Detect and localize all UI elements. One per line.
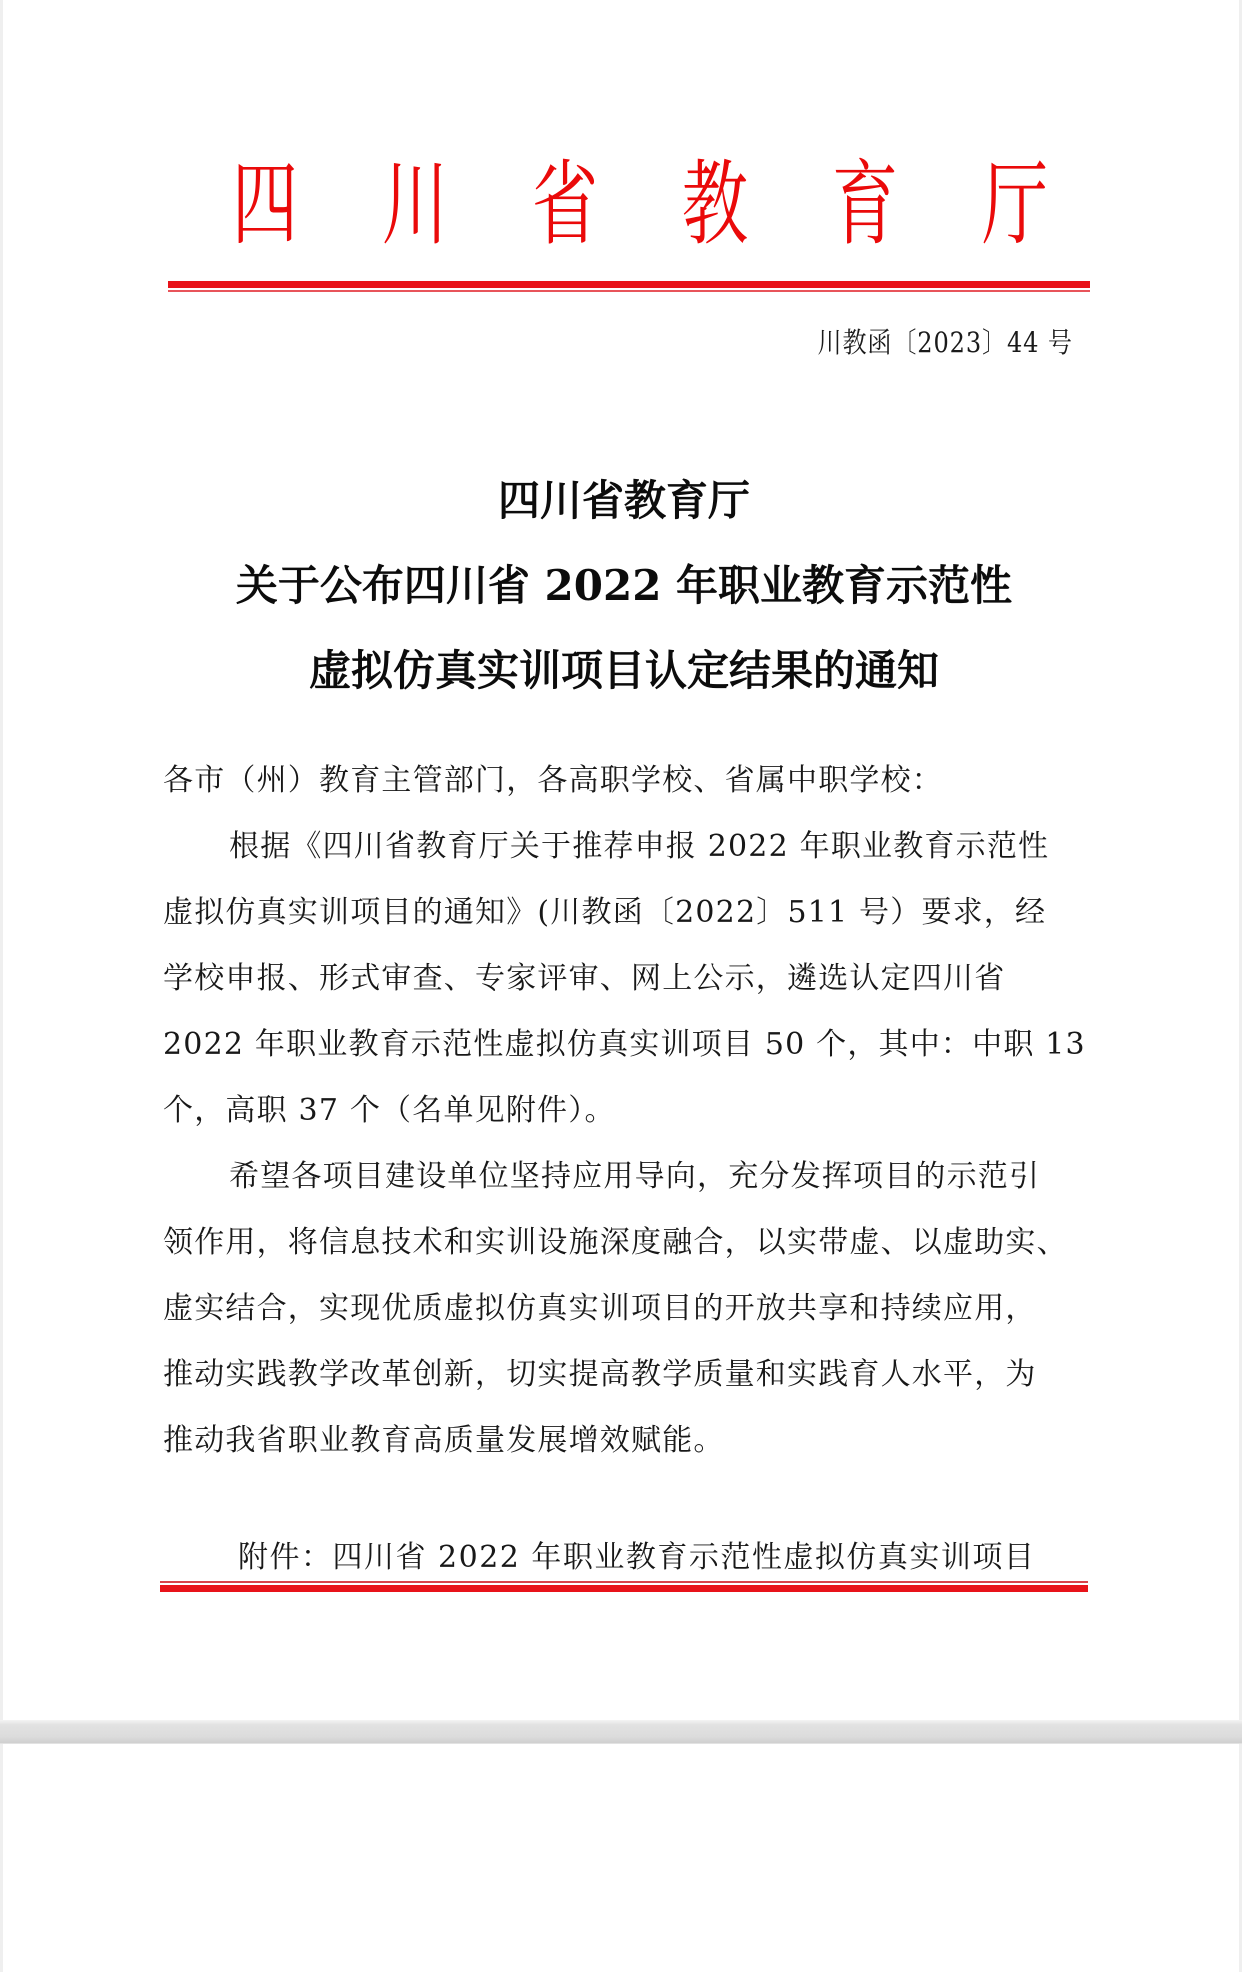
- masthead-char: 教: [661, 150, 769, 260]
- footer-red-rule: [160, 1580, 1088, 1593]
- title-line-1: 四川省教育厅: [3, 458, 1242, 543]
- paragraph-line: 2022 年职业教育示范性虚拟仿真实训项目 50 个，其中：中职 13: [163, 1012, 1083, 1078]
- paragraph-line: 虚实结合，实现优质虚拟仿真实训项目的开放共享和持续应用，: [163, 1276, 1083, 1342]
- document-page-2: [0, 1744, 1242, 1972]
- salutation: 各市（州）教育主管部门，各高职学校、省属中职学校：: [163, 748, 1083, 814]
- paragraph-line: 个，高职 37 个（名单见附件）。: [163, 1078, 1083, 1144]
- masthead-char: 川: [361, 150, 469, 260]
- document-number: 川教函〔2023〕44 号: [818, 323, 1073, 363]
- paragraph-line: 希望各项目建设单位坚持应用导向，充分发挥项目的示范引: [163, 1144, 1083, 1210]
- paragraph-line: 学校申报、形式审查、专家评审、网上公示，遴选认定四川省: [163, 946, 1083, 1012]
- masthead-char: 厅: [961, 150, 1069, 260]
- red-rule-thin: [160, 1581, 1088, 1583]
- masthead-char: 四: [211, 150, 319, 260]
- masthead-char: 省: [511, 150, 619, 260]
- masthead-char: 育: [811, 150, 919, 260]
- paragraph-line: 虚拟仿真实训项目的通知》(川教函〔2022〕511 号）要求，经: [163, 880, 1083, 946]
- red-rule-thick: [168, 281, 1090, 288]
- document-body: 各市（州）教育主管部门，各高职学校、省属中职学校： 根据《四川省教育厅关于推荐申…: [163, 748, 1083, 1474]
- paragraph-2: 希望各项目建设单位坚持应用导向，充分发挥项目的示范引 领作用，将信息技术和实训设…: [163, 1144, 1083, 1474]
- masthead-title: 四 川 省 教 育 厅: [190, 150, 1090, 260]
- document-title: 四川省教育厅 关于公布四川省 2022 年职业教育示范性 虚拟仿真实训项目认定结…: [3, 458, 1242, 713]
- attachment-title: 附件：四川省 2022 年职业教育示范性虚拟仿真实训项目: [238, 1537, 1035, 1579]
- paragraph-line: 推动我省职业教育高质量发展增效赋能。: [163, 1408, 1083, 1474]
- paragraph-line: 根据《四川省教育厅关于推荐申报 2022 年职业教育示范性: [163, 814, 1083, 880]
- paragraph-line: 推动实践教学改革创新，切实提高教学质量和实践育人水平，为: [163, 1342, 1083, 1408]
- paragraph-line: 领作用，将信息技术和实训设施深度融合，以实带虚、以虚助实、: [163, 1210, 1083, 1276]
- document-page-1: 四 川 省 教 育 厅 川教函〔2023〕44 号 四川省教育厅 关于公布四川省…: [0, 0, 1242, 1720]
- title-line-3: 虚拟仿真实训项目认定结果的通知: [3, 628, 1242, 713]
- page-separator: [0, 1720, 1242, 1744]
- masthead-red-rule: [168, 281, 1090, 293]
- red-rule-thin: [168, 290, 1090, 292]
- red-rule-thick: [160, 1585, 1088, 1592]
- paragraph-1: 根据《四川省教育厅关于推荐申报 2022 年职业教育示范性 虚拟仿真实训项目的通…: [163, 814, 1083, 1144]
- title-line-2: 关于公布四川省 2022 年职业教育示范性: [3, 543, 1242, 628]
